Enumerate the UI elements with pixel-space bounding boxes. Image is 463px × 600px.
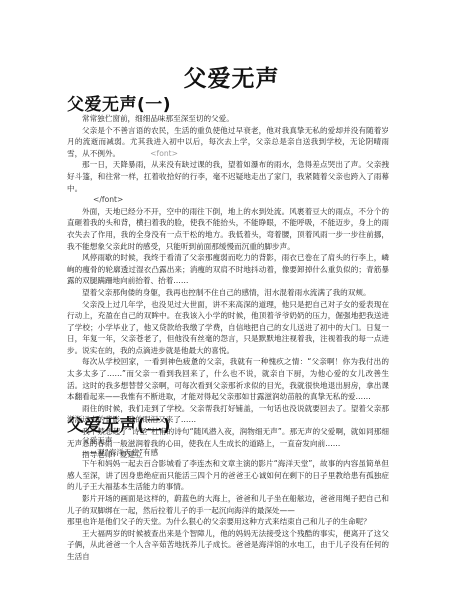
section-2-body: 父爱无声 ——观“海洋天堂”有感 下午和妈妈一起去百合影城看了李连杰和文章主演的… [67,435,389,563]
paragraph: 外面，天地已经分不开，空中的雨往下倒，地上的水到处流。风裹着豆大的雨点，不分个的… [67,206,389,252]
paragraph: 下午和妈妈一起去百合影城看了李连杰和文章主演的影片“海洋天堂”，故事的内容虽简单… [67,458,389,493]
paragraph: 望着父亲那佝偻的身躯，我再也控制不住自己的感情，泪水混着雨水流满了我的双颊。 [67,287,389,299]
paragraph: 常常独伫窗前，细细品味那至深至切的父爱。 [67,113,389,125]
paragraph: 那里也许是他们父子的天堂。为什么狠心的父亲要用这种方式来结束自己和儿子的生命呢？ [67,516,389,528]
font-tag: </font> [67,194,389,206]
paragraph: 王大福两岁的时候被查出来是个智障儿，他的妈妈无法接受这个残酷的事实，便离开了这父… [67,528,389,563]
document-page: 父爱无声 父爱无声(一) 常常独伫窗前，细细品味那至深至切的父爱。 父亲是个不善… [0,0,463,600]
section-heading-1: 父爱无声(一) [67,95,171,115]
font-tag: <font> [120,149,178,158]
paragraph: 每次从学校回家，一看到神色疲惫的父亲，我就有一种愧疚之情：“父亲啊！你为我付出的… [67,356,389,402]
paragraph: 影片开场的画面是这样的，蔚蓝色的大海上，爸爸和儿子坐在船舷边，爸爸用绳子把自己和… [67,493,389,516]
paragraph: 风停雨歇的时候，我终于看清了父亲那瘦弱而吃力的背影，雨衣已卷在了肩头的行李上，嶙… [67,252,389,287]
section-1-body: 常常独伫窗前，细细品味那至深至切的父爱。 父亲是个不善言语的农民，生活的重负使他… [67,113,389,461]
paragraph: 父亲是个不善言语的农民，生活的重负使他过早衰老，他对我真挚无私的爱却并没有随着岁… [67,125,389,160]
paragraph: 那一日，天降暴雨，从来没有缺过课的我，望着如瀑布的雨水，急得差点哭出了声。父亲拽… [67,159,389,194]
subtitle: 父爱无声 [67,435,389,447]
paragraph: 父亲没上过几年学，也没见过大世面，讲不来高深的道理，他只是把自己对子女的爱表现在… [67,299,389,357]
document-title: 父爱无声 [0,66,463,92]
subtitle-note: ——观“海洋天堂”有感 [67,447,389,459]
section-heading-2: 父爱无声(二) [67,416,171,436]
